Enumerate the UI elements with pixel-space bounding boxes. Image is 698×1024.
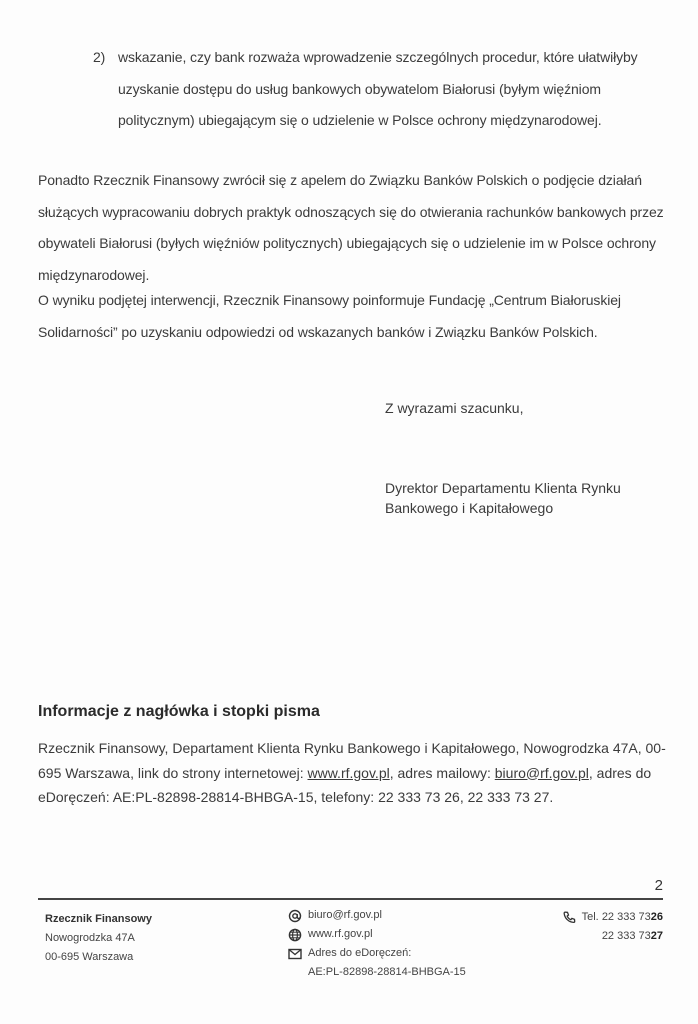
phone-2-prefix: 22 333 73	[602, 927, 651, 946]
footer-address: Rzecznik Finansowy Nowogrodzka 47A 00-69…	[45, 910, 152, 967]
page-number: 2	[655, 877, 663, 894]
footer-org-name: Rzecznik Finansowy	[45, 910, 152, 929]
footer-divider	[38, 898, 663, 900]
footer-city: 00-695 Warszawa	[45, 948, 152, 967]
footer-phones: Tel. 22 333 73 26 22 333 73 27	[563, 908, 663, 946]
phone-1-prefix: 22 333 73	[602, 908, 651, 927]
email-link[interactable]: biuro@rf.gov.pl	[495, 765, 589, 781]
signature-line-1: Dyrektor Departamentu Klienta Rynku	[385, 478, 621, 498]
footer-contact: biuro@rf.gov.pl www.rf.gov.pl Adres do e…	[288, 906, 466, 982]
paragraph-result: O wyniku podjętej interwencji, Rzecznik …	[38, 285, 678, 348]
footer-email[interactable]: biuro@rf.gov.pl	[308, 906, 382, 925]
letter-page: 2) wskazanie, czy bank rozważa wprowadze…	[0, 0, 698, 1024]
website-link[interactable]: www.rf.gov.pl	[308, 765, 390, 781]
phone-1-suffix: 26	[651, 908, 663, 927]
info-section-title: Informacje z nagłówka i stopki pisma	[38, 703, 320, 721]
globe-icon	[288, 928, 302, 942]
list-item-text: wskazanie, czy bank rozważa wprowadzenie…	[118, 42, 678, 137]
envelope-icon	[288, 947, 302, 961]
at-sign-icon	[288, 909, 302, 923]
footer-edelivery-label: Adres do eDoręczeń:	[308, 944, 411, 963]
footer-website[interactable]: www.rf.gov.pl	[308, 925, 373, 944]
footer-street: Nowogrodzka 47A	[45, 929, 152, 948]
tel-label: Tel.	[582, 908, 599, 927]
paragraph-appeal: Ponadto Rzecznik Finansowy zwrócił się z…	[38, 165, 678, 291]
info-section-body: Rzecznik Finansowy, Departament Klienta …	[38, 736, 678, 810]
info-text-2: , adres mailowy:	[390, 765, 495, 781]
closing-salutation: Z wyrazami szacunku,	[385, 400, 523, 416]
footer-edelivery-address: AE:PL-82898-28814-BHBGA-15	[308, 963, 466, 982]
phone-icon	[563, 911, 576, 924]
signature-line-2: Bankowego i Kapitałowego	[385, 498, 621, 518]
list-number: 2)	[93, 42, 105, 74]
signature-block: Dyrektor Departamentu Klienta Rynku Bank…	[385, 478, 621, 518]
phone-2-suffix: 27	[651, 927, 663, 946]
